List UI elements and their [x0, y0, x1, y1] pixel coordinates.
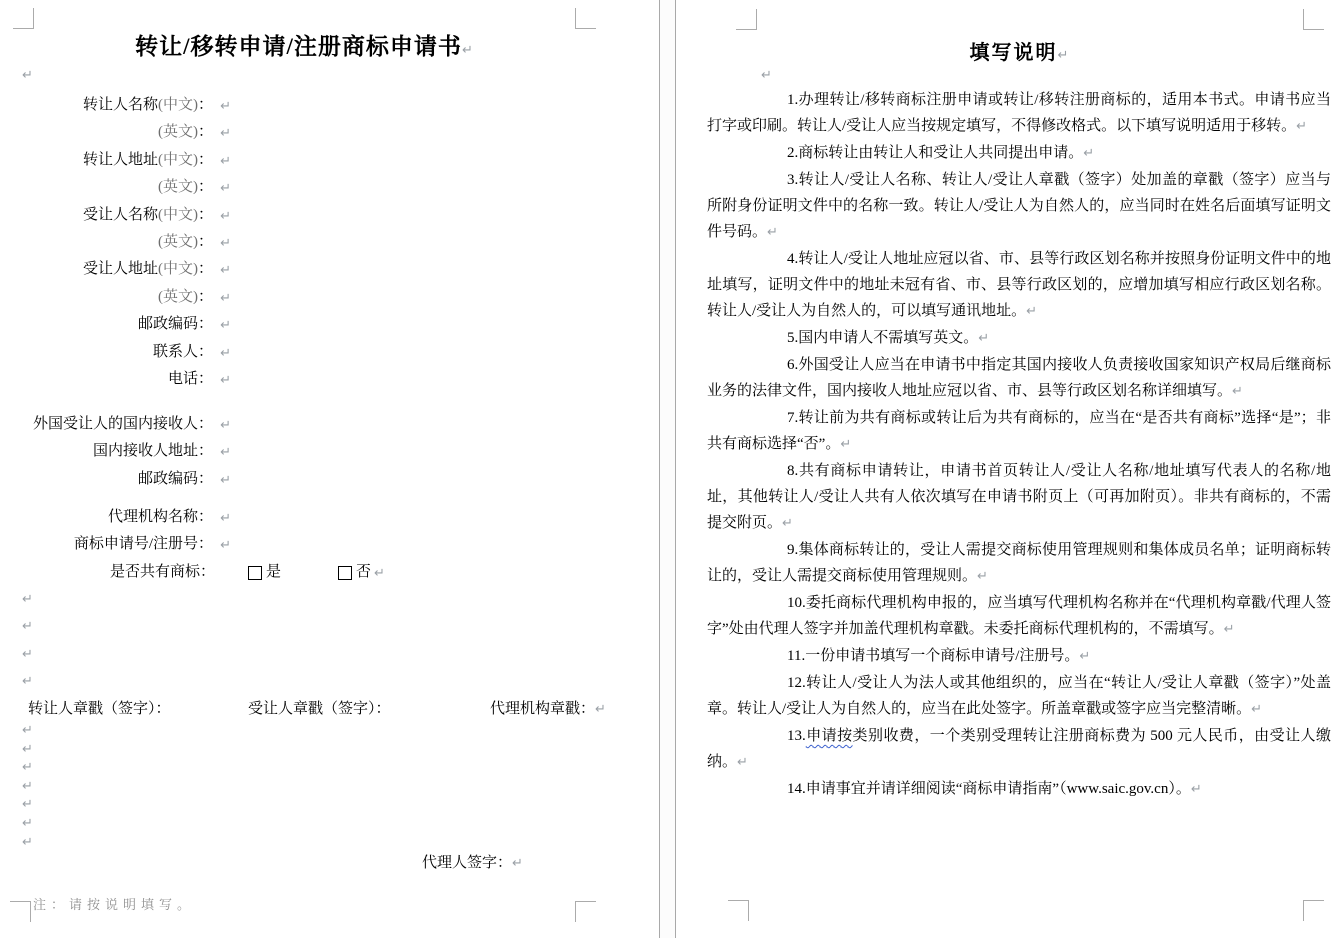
checkbox-yes-label: 是 [266, 559, 281, 586]
instruction-text: 共有商标申请转让，申请书首页转让人/受让人名称/地址填写代表人的名称/地址，其他… [707, 463, 1331, 531]
field-row-telephone: 电话：↵ [0, 366, 213, 393]
pilcrow-mark: ↵ [22, 668, 33, 695]
field-row-assignee-name-cn: 受让人名称(中文)：↵ [0, 202, 213, 229]
field-label: 外国受让人的国内接收人 [33, 416, 198, 432]
pilcrow-mark: ↵ [220, 230, 231, 257]
pilcrow-mark: ↵ [761, 68, 772, 83]
pilcrow-mark: ↵ [1224, 622, 1235, 637]
instruction-text: 申请事宜并请详细阅读“商标申请指南”（www.saic.gov.cn）。 [806, 781, 1191, 797]
instruction-item-4: 4.转让人/受让人地址应冠以省、市、县等行政区划名称并按照身份证明文件中的地址填… [707, 246, 1331, 325]
instruction-number: 12. [787, 675, 806, 691]
field-row-trademark-number: 商标申请号/注册号：↵ [0, 531, 213, 558]
pilcrow-mark: ↵ [22, 722, 33, 741]
field-row-contact-person: 联系人：↵ [0, 339, 213, 366]
field-label-paren: (中文) [158, 152, 198, 168]
field-colon: ： [198, 443, 213, 459]
agency-seal-label: 代理机构章戳：↵ [490, 696, 606, 723]
instruction-text: 集体商标转让的，受让人需提交商标使用管理规则和集体成员名单；证明商标转让的，受让… [707, 542, 1331, 584]
footnote: 注：请按说明填写。 [33, 894, 195, 913]
field-row-agency-name: 代理机构名称：↵ [0, 504, 213, 531]
agent-signature-label: 代理人签字： [422, 855, 512, 871]
field-colon: ： [198, 509, 213, 525]
instruction-item-1: 1.办理转让/移转商标注册申请或转让/移转注册商标的，适用本书式。申请书应当打字… [707, 87, 1331, 140]
margin-mark-bottom-left [10, 901, 31, 922]
field-label-paren: (英文) [158, 179, 198, 195]
field-colon: ： [198, 152, 213, 168]
field-colon: ： [198, 471, 213, 487]
empty-paragraphs: ↵ ↵ ↵ ↵ ↵ ↵ ↵ [22, 722, 33, 852]
pilcrow-mark: ↵ [220, 467, 231, 494]
field-colon: ： [198, 416, 213, 432]
pilcrow-mark: ↵ [782, 516, 793, 531]
field-label: 国内接收人地址 [93, 443, 198, 459]
instruction-item-10: 10.委托商标代理机构申报的，应当填写代理机构名称并在“代理机构章戳/代理人签字… [707, 590, 1331, 643]
field-colon: ： [198, 316, 213, 332]
pilcrow-mark: ↵ [840, 437, 851, 452]
field-label-paren: (英文) [158, 234, 198, 250]
pilcrow-mark: ↵ [220, 367, 231, 394]
instruction-item-11: 11.一份申请书填写一个商标申请号/注册号。↵ [707, 643, 1331, 670]
field-label-paren: (中文) [158, 207, 198, 223]
form-title-text: 转让/移转申请/注册商标申请书 [135, 34, 462, 59]
agency-seal-text: 代理机构章戳： [490, 701, 595, 717]
margin-mark-bottom-right [1303, 900, 1324, 921]
field-colon: ： [198, 536, 213, 552]
field-row-transferor-name-en: (英文)：↵ [0, 119, 213, 146]
instruction-text: 一份申请书填写一个商标申请号/注册号。 [805, 648, 1079, 664]
pilcrow-mark: ↵ [1026, 304, 1037, 319]
field-colon: ： [198, 261, 213, 277]
instruction-item-9: 9.集体商标转让的，受让人需提交商标使用管理规则和集体成员名单；证明商标转让的，… [707, 537, 1331, 590]
field-label: 代理机构名称 [108, 509, 198, 525]
pilcrow-mark: ↵ [22, 68, 33, 83]
instruction-text: 转让人/受让人地址应冠以省、市、县等行政区划名称并按照身份证明文件中的地址填写，… [707, 251, 1331, 319]
field-colon: ： [198, 179, 213, 195]
seal-row: 转让人章戳（签字）： 受让人章戳（签字）： 代理机构章戳：↵ [0, 696, 659, 723]
pilcrow-mark: ↵ [1232, 384, 1243, 399]
pilcrow-mark: ↵ [22, 796, 33, 815]
instruction-item-7: 7.转让前为共有商标或转让后为共有商标的，应当在“是否共有商标”选择“是”；非共… [707, 405, 1331, 458]
instruction-item-8: 8.共有商标申请转让，申请书首页转让人/受让人名称/地址填写代表人的名称/地址，… [707, 458, 1331, 537]
instruction-number: 2. [787, 145, 798, 161]
field-label: 邮政编码 [138, 316, 198, 332]
instruction-number: 1. [787, 92, 798, 108]
instruction-number: 14. [787, 781, 806, 797]
instruction-item-3: 3.转让人/受让人名称、转让人/受让人章戳（签字）处加盖的章戳（签字）应当与所附… [707, 167, 1331, 246]
pilcrow-mark: ↵ [512, 856, 523, 871]
agent-signature-row: 代理人签字：↵ [422, 850, 523, 877]
pilcrow-mark: ↵ [22, 613, 33, 640]
instruction-item-12: 12.转让人/受让人为法人或其他组织的，应当在“转让人/受让人章戳（签字）”处盖… [707, 670, 1331, 723]
margin-mark-top-left [736, 9, 757, 30]
margin-mark-bottom-right [575, 901, 596, 922]
application-form-page: 转让/移转申请/注册商标申请书↵ ↵ 转让人名称(中文)：↵ (英文)：↵ 转让… [0, 0, 659, 938]
pilcrow-mark: ↵ [22, 759, 33, 778]
pilcrow-mark: ↵ [220, 505, 231, 532]
applicant-fields-block: 转让人名称(中文)：↵ (英文)：↵ 转让人地址(中文)：↵ (英文)：↵ 受让… [0, 92, 213, 393]
field-row-receiver-address: 国内接收人地址：↵ [0, 438, 213, 465]
field-row-transferor-name-cn: 转让人名称(中文)：↵ [0, 92, 213, 119]
instruction-item-14: 14.申请事宜并请详细阅读“商标申请指南”（www.saic.gov.cn）。↵ [707, 776, 1331, 803]
margin-mark-top-right [1303, 9, 1324, 30]
pilcrow-mark: ↵ [1251, 702, 1262, 717]
pilcrow-mark: ↵ [22, 641, 33, 668]
field-label: 受让人名称 [83, 207, 158, 223]
field-row-transferor-address-en: (英文)：↵ [0, 174, 213, 201]
instruction-item-6: 6.外国受让人应当在申请书中指定其国内接收人负责接收国家知识产权局后继商标业务的… [707, 352, 1331, 405]
field-label: 邮政编码 [138, 471, 198, 487]
pilcrow-mark: ↵ [22, 586, 33, 613]
pilcrow-mark: ↵ [22, 834, 33, 853]
instruction-text: 国内申请人不需填写英文。 [798, 330, 978, 346]
pilcrow-mark: ↵ [220, 148, 231, 175]
pilcrow-mark: ↵ [1079, 649, 1090, 664]
field-row-assignee-address-cn: 受让人地址(中文)：↵ [0, 256, 213, 283]
pilcrow-mark: ↵ [22, 741, 33, 760]
checkbox-yes[interactable] [248, 566, 262, 580]
pilcrow-mark: ↵ [220, 532, 231, 559]
pilcrow-mark: ↵ [220, 312, 231, 339]
empty-paragraphs: ↵ ↵ ↵ ↵ [22, 586, 33, 696]
instruction-number: 11. [787, 648, 805, 664]
field-label: 商标申请号/注册号 [74, 536, 198, 552]
field-colon: ： [198, 97, 213, 113]
instruction-text: 转让前为共有商标或转让后为共有商标的，应当在“是否共有商标”选择“是”；非共有商… [707, 410, 1331, 452]
margin-mark-bottom-left [728, 900, 749, 921]
pilcrow-mark: ↵ [1191, 782, 1202, 797]
field-label: 受让人地址 [83, 261, 158, 277]
instruction-item-5: 5.国内申请人不需填写英文。↵ [707, 325, 1331, 352]
pilcrow-mark: ↵ [978, 331, 989, 346]
shared-trademark-label: 是否共有商标： [0, 559, 215, 586]
margin-mark-top-left [13, 8, 34, 29]
pilcrow-mark: ↵ [1296, 119, 1307, 134]
instruction-item-13: 13.申请按类别收费，一个类别受理转让注册商标费为 500 元人民币，由受让人缴… [707, 723, 1331, 776]
instruction-item-2: 2.商标转让由转让人和受让人共同提出申请。↵ [707, 140, 1331, 167]
instruction-number: 4. [787, 251, 798, 267]
pilcrow-mark: ↵ [220, 412, 231, 439]
instruction-text: 办理转让/移转商标注册申请或转让/移转注册商标的，适用本书式。申请书应当打字或印… [707, 92, 1331, 134]
field-label-paren: (英文) [158, 289, 198, 305]
margin-mark-top-right [575, 8, 596, 29]
instruction-number: 7. [787, 410, 798, 426]
instruction-text: 转让人/受让人名称、转让人/受让人章戳（签字）处加盖的章戳（签字）应当与所附身份… [707, 172, 1331, 240]
pilcrow-mark: ↵ [220, 285, 231, 312]
field-row-postal-code: 邮政编码：↵ [0, 311, 213, 338]
instruction-number: 10. [787, 595, 806, 611]
pilcrow-mark: ↵ [220, 175, 231, 202]
pilcrow-mark: ↵ [737, 755, 748, 770]
field-colon: ： [198, 234, 213, 250]
checkbox-no[interactable] [338, 566, 352, 580]
field-label: 电话 [168, 371, 198, 387]
spellcheck-squiggle: 申请按 [806, 728, 853, 744]
field-row-receiver-postal-code: 邮政编码：↵ [0, 466, 213, 493]
field-colon: ： [198, 289, 213, 305]
agency-block: 代理机构名称：↵ 商标申请号/注册号：↵ [0, 504, 213, 559]
page-gap [659, 0, 676, 938]
assignee-seal-label: 受让人章戳（签字）： [248, 696, 391, 723]
field-colon: ： [198, 344, 213, 360]
pilcrow-mark: ↵ [220, 93, 231, 120]
pilcrow-mark: ↵ [220, 257, 231, 284]
pilcrow-mark: ↵ [595, 702, 606, 717]
instruction-number: 5. [787, 330, 798, 346]
pilcrow-mark: ↵ [1058, 48, 1069, 63]
pilcrow-mark: ↵ [220, 340, 231, 367]
instructions-body: 1.办理转让/移转商标注册申请或转让/移转注册商标的，适用本书式。申请书应当打字… [707, 87, 1331, 803]
instruction-number: 9. [787, 542, 798, 558]
form-title: 转让/移转申请/注册商标申请书↵ [33, 28, 575, 61]
instructions-title: 填写说明↵ [707, 36, 1331, 65]
pilcrow-mark: ↵ [977, 569, 988, 584]
instructions-title-text: 填写说明 [970, 42, 1058, 64]
pilcrow-mark: ↵ [462, 43, 473, 58]
field-label: 转让人名称 [83, 97, 158, 113]
checkbox-no-label: 否 [356, 559, 371, 586]
field-row-assignee-address-en: (英文)：↵ [0, 284, 213, 311]
instruction-number: 13. [787, 728, 806, 744]
field-label-paren: (中文) [158, 97, 198, 113]
pilcrow-mark: ↵ [220, 203, 231, 230]
pilcrow-mark: ↵ [374, 560, 385, 587]
pilcrow-mark: ↵ [220, 439, 231, 466]
field-row-assignee-name-en: (英文)：↵ [0, 229, 213, 256]
word-document-view: { "marks": { "pilcrow": "↵" }, "colors":… [0, 0, 1341, 938]
pilcrow-mark: ↵ [22, 815, 33, 834]
instruction-number: 3. [787, 172, 798, 188]
field-label: 转让人地址 [83, 152, 158, 168]
field-label-paren: (英文) [158, 124, 198, 140]
field-colon: ： [198, 124, 213, 140]
instructions-page: 填写说明↵ ↵ 1.办理转让/移转商标注册申请或转让/移转注册商标的，适用本书式… [676, 0, 1341, 938]
field-row-domestic-receiver: 外国受让人的国内接收人：↵ [0, 411, 213, 438]
domestic-receiver-block: 外国受让人的国内接收人：↵ 国内接收人地址：↵ 邮政编码：↵ [0, 411, 213, 493]
pilcrow-mark: ↵ [220, 120, 231, 147]
pilcrow-mark: ↵ [1083, 146, 1094, 161]
instruction-text: 商标转让由转让人和受让人共同提出申请。 [798, 145, 1083, 161]
instruction-number: 6. [787, 357, 798, 373]
field-label-paren: (中文) [158, 261, 198, 277]
field-colon: ： [198, 371, 213, 387]
field-label: 联系人 [153, 344, 198, 360]
field-row-transferor-address-cn: 转让人地址(中文)：↵ [0, 147, 213, 174]
transferor-seal-label: 转让人章戳（签字）： [28, 696, 171, 723]
pilcrow-mark: ↵ [767, 225, 778, 240]
pilcrow-mark: ↵ [22, 778, 33, 797]
instruction-number: 8. [787, 463, 798, 479]
field-colon: ： [198, 207, 213, 223]
